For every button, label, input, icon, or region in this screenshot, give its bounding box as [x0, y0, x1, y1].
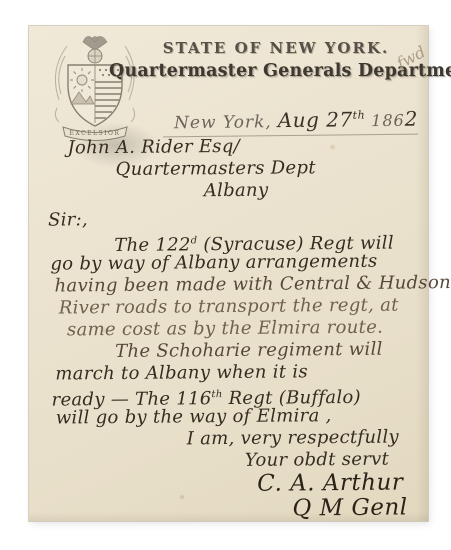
dateline: New York, Aug 27th 1862	[163, 107, 418, 138]
letterhead-department-line: Quartermaster Generals Department,	[109, 61, 427, 81]
body-line: will go by the way of Elmira ,	[44, 404, 419, 429]
body-line: The 122d (Syracuse) Regt will	[42, 228, 417, 253]
body-line: having been made with Central & Hudson	[43, 272, 418, 297]
globe-icon	[88, 49, 102, 63]
body-line: ready — The 116th Regt (Buffalo)	[43, 382, 418, 407]
recipient-name: John A. Rider Esq/	[41, 134, 416, 159]
recipient-dept: Quartermasters Dept	[42, 156, 417, 181]
state-arms-crest: EXCELSIOR	[49, 30, 141, 144]
letter-body: John A. Rider Esq/ Quartermasters Dept A…	[41, 134, 419, 523]
letterhead-state-line: STATE OF NEW YORK.	[141, 39, 411, 57]
closing-line: I am, very respectfully	[44, 426, 419, 451]
handwritten-year-digit: 2	[405, 107, 418, 131]
printed-year-prefix: 1862	[371, 107, 418, 131]
handwritten-date: Aug 27th	[278, 107, 366, 132]
printed-place: New York,	[174, 112, 272, 133]
stripes-icon	[95, 82, 122, 118]
scanned-letter-page: { "letterhead": { "state_line": "STATE O…	[0, 0, 451, 550]
body-line: River roads to transport the regt, at	[43, 294, 418, 319]
body-line: same cost as by the Elmira route.	[43, 316, 418, 341]
recipient-place: Albany	[42, 178, 417, 203]
body-line: go by way of Albany arrangements	[42, 250, 417, 275]
salutation: Sir:,	[42, 206, 417, 231]
body-line: march to Albany when it is	[43, 360, 418, 385]
body-line: The Schoharie regiment will	[43, 338, 418, 363]
letter-paper: EXCELSIOR STATE OF NEW YORK. Quartermast…	[29, 26, 428, 521]
signature-title: Q M Genl	[44, 495, 419, 523]
eagle-icon	[83, 36, 107, 49]
motto-text: EXCELSIOR	[70, 130, 121, 137]
